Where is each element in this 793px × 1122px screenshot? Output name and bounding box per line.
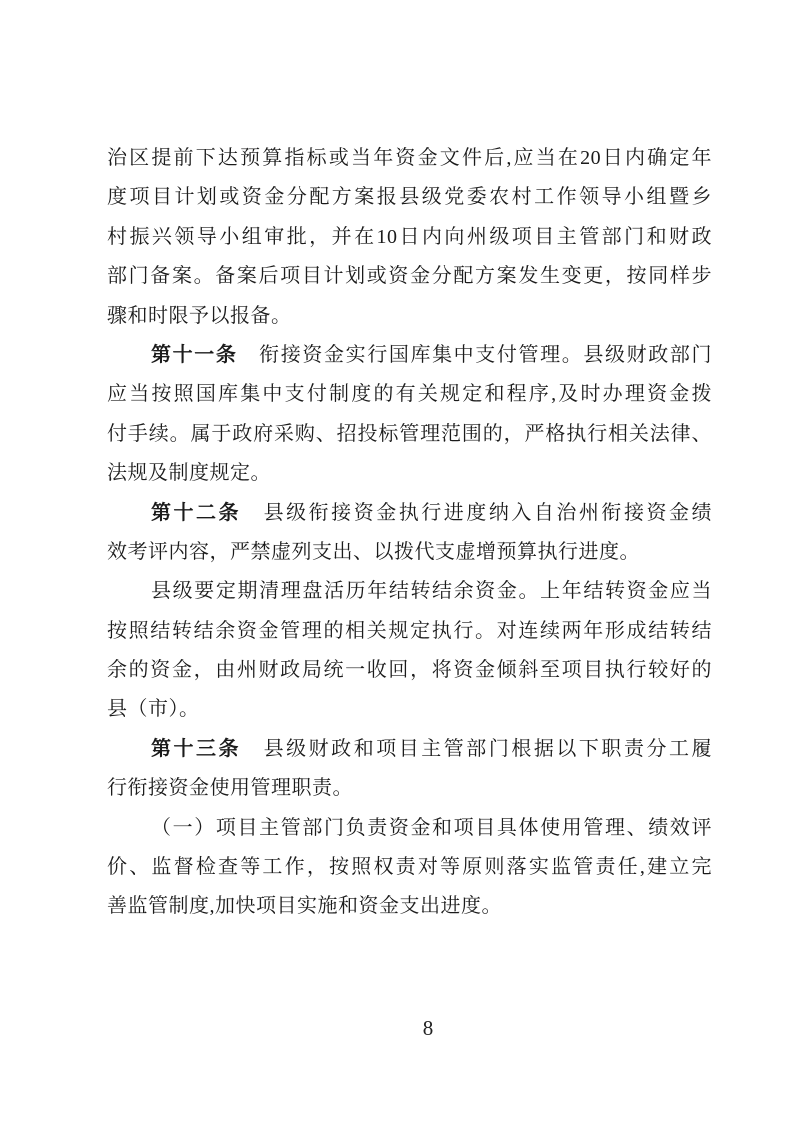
text-line: 余的资金，由州财政局统一收回，将资金倾斜至项目执行较好的	[107, 651, 712, 690]
text-line: 村振兴领导小组审批，并在10日内向州级项目主管部门和财政	[107, 218, 712, 257]
article-text: 县级财政和项目主管部门根据以下职责分工履	[241, 738, 712, 760]
text-line: 按照结转结余资金管理的相关规定执行。对连续两年形成结转结	[107, 612, 712, 651]
text-line: 应当按照国库集中支付制度的有关规定和程序,及时办理资金拨	[107, 375, 712, 414]
text-line: （一）项目主管部门负责资金和项目具体使用管理、绩效评	[107, 809, 712, 848]
text-line: 部门备案。备案后项目计划或资金分配方案发生变更，按同样步	[107, 257, 712, 296]
document-body: 治区提前下达预算指标或当年资金文件后,应当在20日内确定年 度项目计划或资金分配…	[107, 139, 712, 927]
page-number: 8	[398, 1016, 458, 1041]
text-line: 第十二条 县级衔接资金执行进度纳入自治州衔接资金绩	[107, 494, 712, 533]
text-line: 善监管制度,加快项目实施和资金支出进度。	[107, 887, 712, 926]
text-line: 第十一条 衔接资金实行国库集中支付管理。县级财政部门	[107, 336, 712, 375]
text-line: 价、监督检查等工作，按照权责对等原则落实监管责任,建立完	[107, 848, 712, 887]
article-text: 衔接资金实行国库集中支付管理。县级财政部门	[237, 344, 712, 366]
text-line: 法规及制度规定。	[107, 454, 712, 493]
text-line: 度项目计划或资金分配方案报县级党委农村工作领导小组暨乡	[107, 178, 712, 217]
article-number: 第十一条	[151, 344, 237, 366]
article-text: 县级衔接资金执行进度纳入自治州衔接资金绩	[241, 502, 712, 524]
text-line: 县（市）。	[107, 690, 712, 729]
article-number: 第十三条	[151, 738, 241, 760]
text-line: 行衔接资金使用管理职责。	[107, 769, 712, 808]
article-number: 第十二条	[151, 502, 241, 524]
text-line: 治区提前下达预算指标或当年资金文件后,应当在20日内确定年	[107, 139, 712, 178]
text-line: 效考评内容，严禁虚列支出、以拨代支虚增预算执行进度。	[107, 533, 712, 572]
text-line: 骤和时限予以报备。	[107, 297, 712, 336]
text-line: 第十三条 县级财政和项目主管部门根据以下职责分工履	[107, 730, 712, 769]
text-line: 县级要定期清理盘活历年结转结余资金。上年结转资金应当	[107, 572, 712, 611]
text-line: 付手续。属于政府采购、招投标管理范围的，严格执行相关法律、	[107, 415, 712, 454]
